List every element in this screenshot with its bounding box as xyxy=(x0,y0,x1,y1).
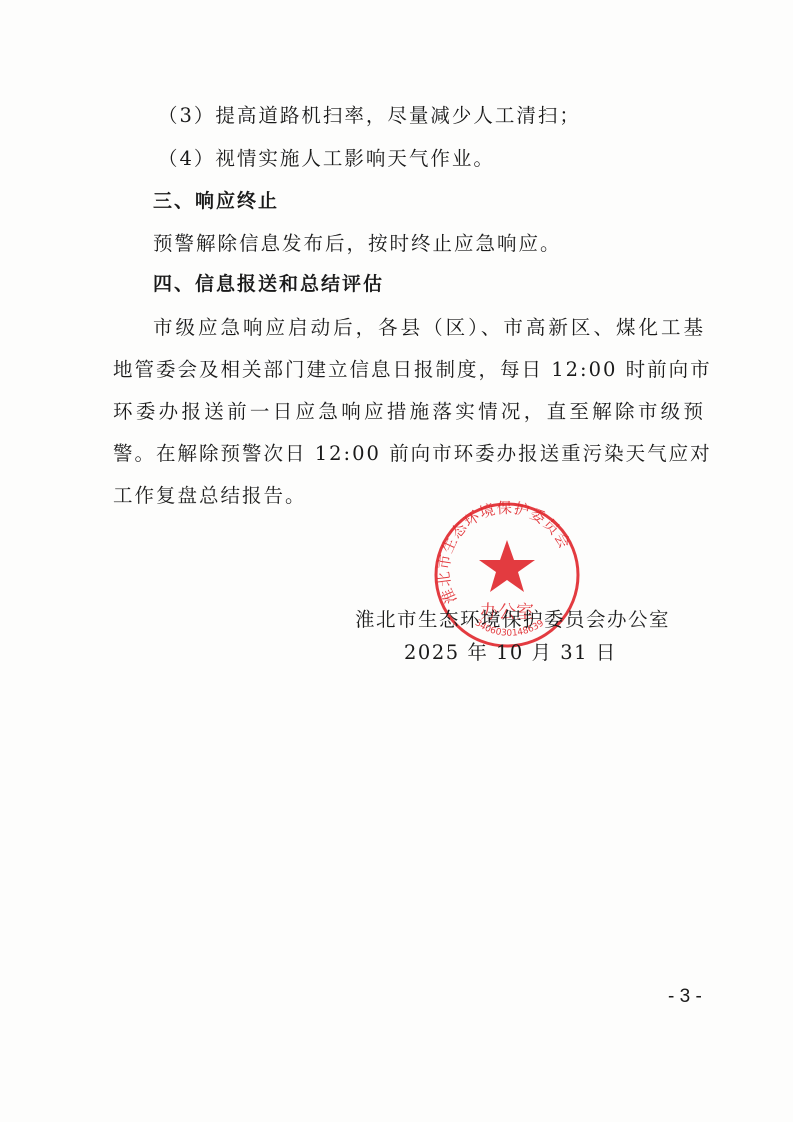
paragraph-line: 市级应急响应启动后，各县（区）、市高新区、煤化工基 xyxy=(153,312,705,340)
page-number: - 3 - xyxy=(668,986,702,1008)
signing-date: 2025 年 10 月 31 日 xyxy=(404,637,617,665)
paragraph-line: 环委办报送前一日应急响应措施落实情况，直至解除市级预 xyxy=(113,396,705,424)
list-item-4: （4）视情实施人工影响天气作业。 xyxy=(158,143,495,171)
signing-organization: 淮北市生态环境保护委员会办公室 xyxy=(355,604,670,632)
section-body-3: 预警解除信息发布后，按时终止应急响应。 xyxy=(153,228,562,256)
paragraph-line: 地管委会及相关部门建立信息日报制度，每日 12:00 时前向市 xyxy=(113,354,705,382)
paragraph-line: 工作复盘总结报告。 xyxy=(113,480,307,508)
list-item-3: （3）提高道路机扫率，尽量减少人工清扫； xyxy=(158,100,581,128)
section-heading-4: 四、信息报送和总结评估 xyxy=(153,269,384,296)
section-heading-3: 三、响应终止 xyxy=(153,186,279,213)
paragraph-line: 警。在解除预警次日 12:00 前向市环委办报送重污染天气应对 xyxy=(113,438,705,466)
